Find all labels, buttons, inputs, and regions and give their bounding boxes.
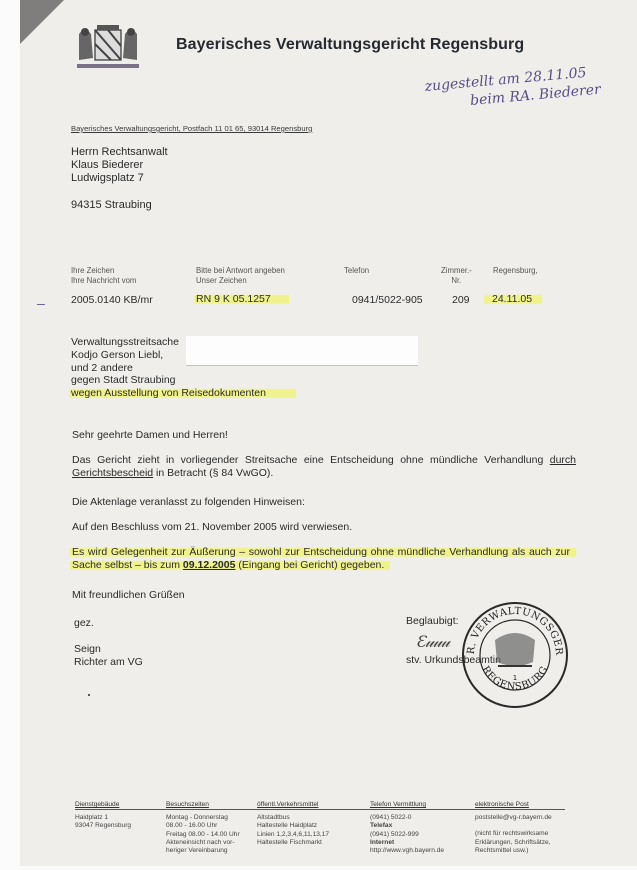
paragraph-3: Auf den Beschluss vom 21. November 2005 …	[72, 521, 576, 534]
footer-line: Telefax	[370, 822, 444, 830]
court-seal-icon: BAYER. VERWALTUNGSGERICHT REGENSBURG 1	[460, 600, 570, 710]
svg-text:1: 1	[513, 674, 517, 682]
handwritten-signature: Ɛ𝓊𝓊𝓊	[416, 632, 449, 652]
footer-line: Akteneinsicht nach vor-	[166, 839, 240, 847]
footer-website-link[interactable]: http://www.vgh.bayern.de	[370, 847, 444, 855]
label-line: Bitte bei Antwort angeben	[196, 266, 285, 276]
footer-line: Haltestelle Haidplatz	[257, 822, 329, 830]
gez-label: gez.	[74, 617, 143, 630]
footer-heading: elektronische Post	[475, 801, 552, 809]
paragraph-4: Es wird Gelegenheit zur Äußerung – sowoh…	[72, 546, 576, 572]
paragraph-2: Die Aktenlage veranlasst zu folgenden Hi…	[72, 496, 576, 509]
label-line: Unser Zeichen	[196, 276, 285, 286]
footer-email: elektronische Post poststelle@vg-r.bayer…	[475, 801, 552, 855]
room-value: 209	[452, 294, 470, 306]
judge-signature-block: gez. Seign Richter am VG	[74, 617, 143, 669]
footer-phone: Telefon Vermittlung (0941) 5022-0 Telefa…	[370, 801, 444, 855]
speck	[88, 694, 90, 696]
footer-email-link[interactable]: poststelle@vg-r.bayern.de	[475, 814, 552, 822]
judge-title: Richter am VG	[74, 656, 143, 669]
your-ref-value: 2005.0140 KB/mr	[71, 294, 153, 306]
phone-value: 0941/5022-905	[352, 294, 423, 306]
label-line: Ihre Zeichen	[71, 266, 136, 276]
our-ref-value: RN 9 K 05.1257	[196, 293, 289, 305]
case-line: gegen Stadt Straubing	[71, 374, 296, 387]
footer-line: Altstadtbus	[257, 814, 329, 822]
footer-heading: Dienstgebäude	[75, 801, 131, 809]
recipient-line: Klaus Biederer	[71, 159, 168, 172]
footer-line: 93047 Regensburg	[75, 822, 131, 830]
judge-name: Seign	[74, 643, 143, 656]
court-name: Bayerisches Verwaltungsgericht Regensbur…	[176, 36, 524, 54]
deadline-date: 09.12.2005	[183, 559, 236, 571]
place-label: Regensburg,	[493, 266, 538, 276]
footer-heading: Telefon Vermittlung	[370, 801, 444, 809]
footer-line: 08.00 - 16.00 Uhr	[166, 822, 240, 830]
bavarian-crest-icon	[75, 24, 141, 72]
highlighted-ref: RN 9 K 05.1257	[194, 293, 289, 305]
folded-corner	[20, 0, 64, 44]
return-address: Bayerisches Verwaltungsgericht, Postfach…	[71, 124, 312, 133]
phone-label: Telefon	[344, 266, 369, 276]
text: (Eingang bei Gericht) gegeben.	[235, 559, 384, 571]
recipient-line: Herrn Rechtsanwalt	[71, 146, 168, 159]
footer-line: Haltestelle Fischmarkt	[257, 839, 329, 847]
footer-line: Montag - Donnerstag	[166, 814, 240, 822]
footer-line: Linien 1,2,3,4,6,11,13,17	[257, 831, 329, 839]
footer-transport: öffentl.Verkehrsmittel Altstadtbus Halte…	[257, 801, 329, 847]
our-ref-label: Bitte bei Antwort angeben Unser Zeichen	[196, 266, 285, 285]
salutation: Sehr geehrte Damen und Herren!	[72, 429, 576, 442]
footer-heading: Besuchszeiten	[166, 801, 240, 809]
highlighted-date: 24.11.05	[484, 293, 542, 305]
label-line: Ihre Nachricht vom	[71, 276, 136, 286]
label-line: Nr.	[441, 276, 472, 286]
footer-hours: Besuchszeiten Montag - Donnerstag 08.00 …	[166, 801, 240, 855]
margin-mark	[37, 304, 45, 305]
footer-line: (nicht für rechtswirksame	[475, 830, 552, 838]
footer-line: Freitag 08.00 - 14.00 Uhr	[166, 831, 240, 839]
recipient-address: Herrn Rechtsanwalt Klaus Biederer Ludwig…	[71, 146, 168, 212]
room-label: Zimmer.- Nr.	[441, 266, 472, 285]
footer-line: Erklärungen, Schriftsätze,	[475, 839, 552, 847]
text: in Betracht (§ 84 VwGO).	[153, 467, 273, 479]
recipient-line: Ludwigsplatz 7	[71, 172, 168, 185]
footer-line: Haidplatz 1	[75, 814, 131, 822]
footer-line: (0941) 5022-999	[370, 831, 444, 839]
certified-label: Beglaubigt:	[406, 615, 459, 627]
paragraph-1: Das Gericht zieht in vorliegender Streit…	[72, 454, 576, 480]
footer-line: Rechtsmittel usw.)	[475, 847, 552, 855]
date-value: 24.11.05	[486, 293, 542, 305]
recipient-city: 94315 Straubing	[71, 199, 168, 212]
case-subject: wegen Ausstellung von Reisedokumenten	[69, 387, 296, 399]
label-line: Zimmer.-	[441, 266, 472, 276]
footer-building: Dienstgebäude Haidplatz 1 93047 Regensbu…	[75, 801, 131, 831]
text: Das Gericht zieht in vorliegender Streit…	[72, 454, 550, 466]
your-ref-label: Ihre Zeichen Ihre Nachricht vom	[71, 266, 136, 285]
footer-line: heriger Vereinbarung	[166, 847, 240, 855]
footer-heading: öffentl.Verkehrsmittel	[257, 801, 329, 809]
footer-line: Internet	[370, 839, 444, 847]
redacted-area	[186, 336, 418, 366]
footer-line: (0941) 5022-0	[370, 814, 444, 822]
